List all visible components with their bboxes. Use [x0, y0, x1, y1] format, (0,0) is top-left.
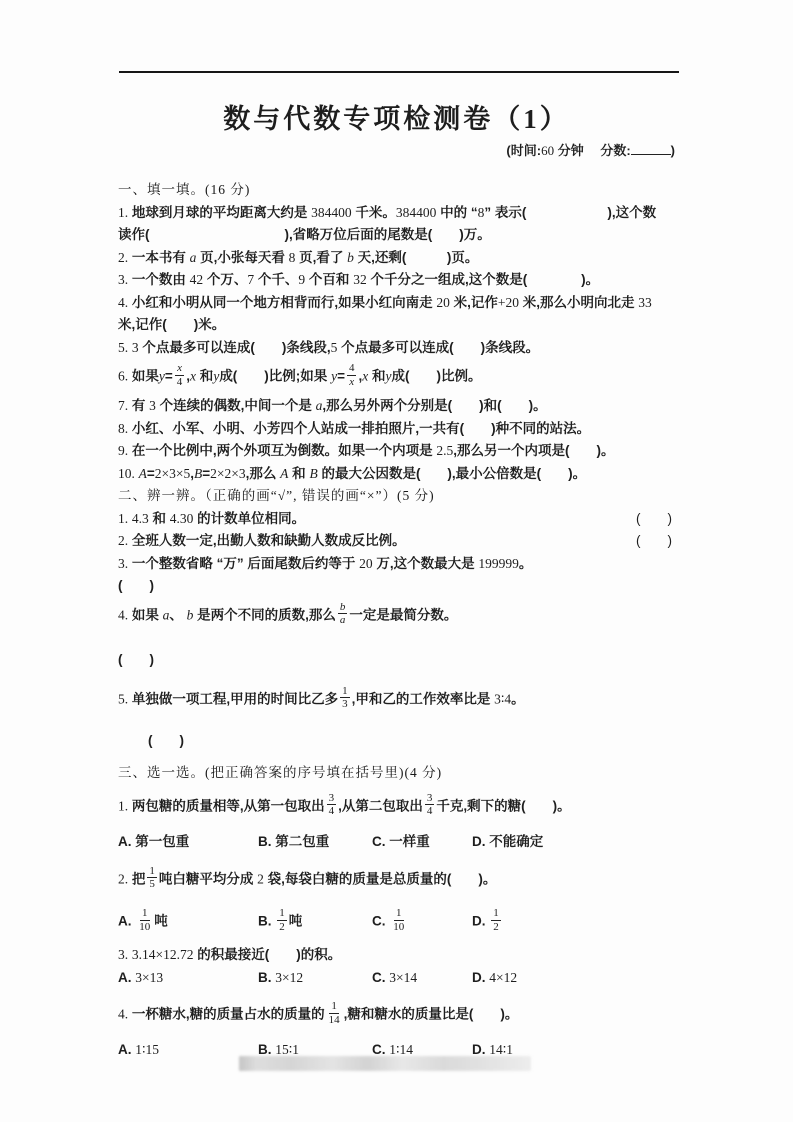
- question-text: 3. 一个数由 42 个万、7 个千、9 个百和 32 个千分之一组成,这个数是…: [118, 269, 678, 292]
- answer-blank: ( ): [118, 730, 678, 753]
- fraction: 12: [277, 907, 287, 933]
- question-text: 8. 小红、小军、小明、小芳四个人站成一排拍照片,一共有( )种不同的站法。: [118, 418, 678, 441]
- question-text: 3. 一个整数省略 “万” 后面尾数后约等于 20 万,这个数最大是 19999…: [118, 553, 678, 576]
- choice-option: A. 第一包重: [118, 831, 258, 854]
- question-text: 10. A=2×3×5,B=2×2×3,那么 A 和 B 的最大公因数是( ),…: [118, 463, 678, 486]
- section: 一、填一填。(16 分)1. 地球到月球的平均距离大约是 384400 千米。3…: [118, 179, 678, 485]
- question-text: 6. 如果y=x4,x 和y成( )比例;如果 y=4x,x 和y成( )比例。: [118, 359, 678, 395]
- paper-body: 一、填一填。(16 分)1. 地球到月球的平均距离大约是 384400 千米。3…: [118, 179, 678, 1062]
- fraction: 34: [327, 792, 337, 818]
- question-text: 4. 一杯糖水,糖的质量占水的质量的114,糖和糖水的质量比是( )。: [118, 997, 678, 1033]
- choice-options-row: A. 110吨B. 12吨C. 110D. 12: [118, 904, 678, 940]
- time-score-line: (时间:60 分钟 分数:): [506, 140, 675, 159]
- fraction: ba: [338, 601, 348, 627]
- question-text: 1. 4.3 和 4.30 的计数单位相同。( ): [118, 508, 678, 531]
- choice-option: B. 第二包重: [258, 831, 372, 854]
- choice-option: B. 3×12: [258, 967, 372, 990]
- choice-option: D. 4×12: [472, 967, 678, 990]
- question-text: 4. 小红和小明从同一个地方相背而行,如果小红向南走 20 米,记作+20 米,…: [118, 292, 678, 315]
- fraction: 114: [327, 1000, 342, 1026]
- question-text: 5. 单独做一项工程,甲用的时间比乙多13,甲和乙的工作效率比是 3∶4。: [118, 682, 678, 718]
- choice-option: D. 12: [472, 909, 678, 935]
- choice-option: A. 110吨: [118, 909, 258, 935]
- fraction: 4x: [347, 362, 357, 388]
- section: 二、辨一辨。（正确的画“√”, 错误的画“×”）(5 分)1. 4.3 和 4.…: [118, 485, 678, 752]
- question-text: 3. 3.14×12.72 的积最接近( )的积。: [118, 944, 678, 967]
- header-divider: [119, 71, 679, 73]
- choice-options-row: A. 3×13B. 3×12C. 3×14D. 4×12: [118, 967, 678, 990]
- question-text: 9. 在一个比例中,两个外项互为倒数。如果一个内项是 2.5,那么另一个内项是(…: [118, 440, 678, 463]
- question-text: 5. 3 个点最多可以连成( )条线段,5 个点最多可以连成( )条线段。: [118, 337, 678, 360]
- fraction: 34: [425, 792, 435, 818]
- answer-blank: ( ): [118, 649, 678, 672]
- choice-option: A. 1∶15: [118, 1039, 258, 1062]
- score-blank: [631, 142, 671, 155]
- fraction: x4: [175, 362, 185, 388]
- question-text: 2. 全班人数一定,出勤人数和缺勤人数成反比例。( ): [118, 530, 678, 553]
- section-heading: 一、填一填。(16 分): [118, 179, 678, 202]
- section: 三、选一选。(把正确答案的序号填在括号里)(4 分)1. 两包糖的质量相等,从第…: [118, 762, 678, 1062]
- question-text: 1. 4.3 和 4.30 的计数单位相同。: [118, 508, 305, 531]
- watermark-blur: [239, 1056, 531, 1071]
- choice-option: A. 3×13: [118, 967, 258, 990]
- choice-option: C. 一样重: [372, 831, 472, 854]
- question-text: 米,记作( )米。: [118, 314, 678, 337]
- answer-blank: ( ): [118, 575, 678, 598]
- question-text: 4. 如果 a、 b 是两个不同的质数,那么ba一定是最简分数。: [118, 598, 678, 634]
- fraction: 12: [491, 907, 501, 933]
- choice-option: C. 110: [372, 909, 472, 935]
- choice-option: D. 不能确定: [472, 831, 678, 854]
- fraction: 110: [137, 907, 152, 933]
- question-text: 1. 地球到月球的平均距离大约是 384400 千米。384400 中的 “8”…: [118, 202, 678, 225]
- choice-options-row: A. 第一包重B. 第二包重C. 一样重D. 不能确定: [118, 831, 678, 854]
- choice-option: B. 12吨: [258, 909, 372, 935]
- answer-blank: ( ): [636, 530, 678, 553]
- answer-blank: ( ): [636, 508, 678, 531]
- section-heading: 二、辨一辨。（正确的画“√”, 错误的画“×”）(5 分): [118, 485, 678, 508]
- question-text: 2. 全班人数一定,出勤人数和缺勤人数成反比例。: [118, 530, 406, 553]
- question-text: 1. 两包糖的质量相等,从第一包取出34,从第二包取出34千克,剩下的糖( )。: [118, 789, 678, 825]
- fraction: 110: [391, 907, 406, 933]
- fraction: 15: [147, 865, 157, 891]
- fraction: 13: [340, 685, 350, 711]
- section-heading: 三、选一选。(把正确答案的序号填在括号里)(4 分): [118, 762, 678, 785]
- question-text: 2. 一本书有 a 页,小张每天看 8 页,看了 b 天,还剩( )页。: [118, 247, 678, 270]
- question-text: 2. 把15吨白糖平均分成 2 袋,每袋白糖的质量是总质量的( )。: [118, 862, 678, 898]
- question-text: 读作( ),省略万位后面的尾数是( )万。: [118, 224, 678, 247]
- paper-title: 数与代数专项检测卷（1）: [0, 97, 793, 136]
- question-text: 7. 有 3 个连续的偶数,中间一个是 a,那么另外两个分别是( )和( )。: [118, 395, 678, 418]
- choice-option: C. 3×14: [372, 967, 472, 990]
